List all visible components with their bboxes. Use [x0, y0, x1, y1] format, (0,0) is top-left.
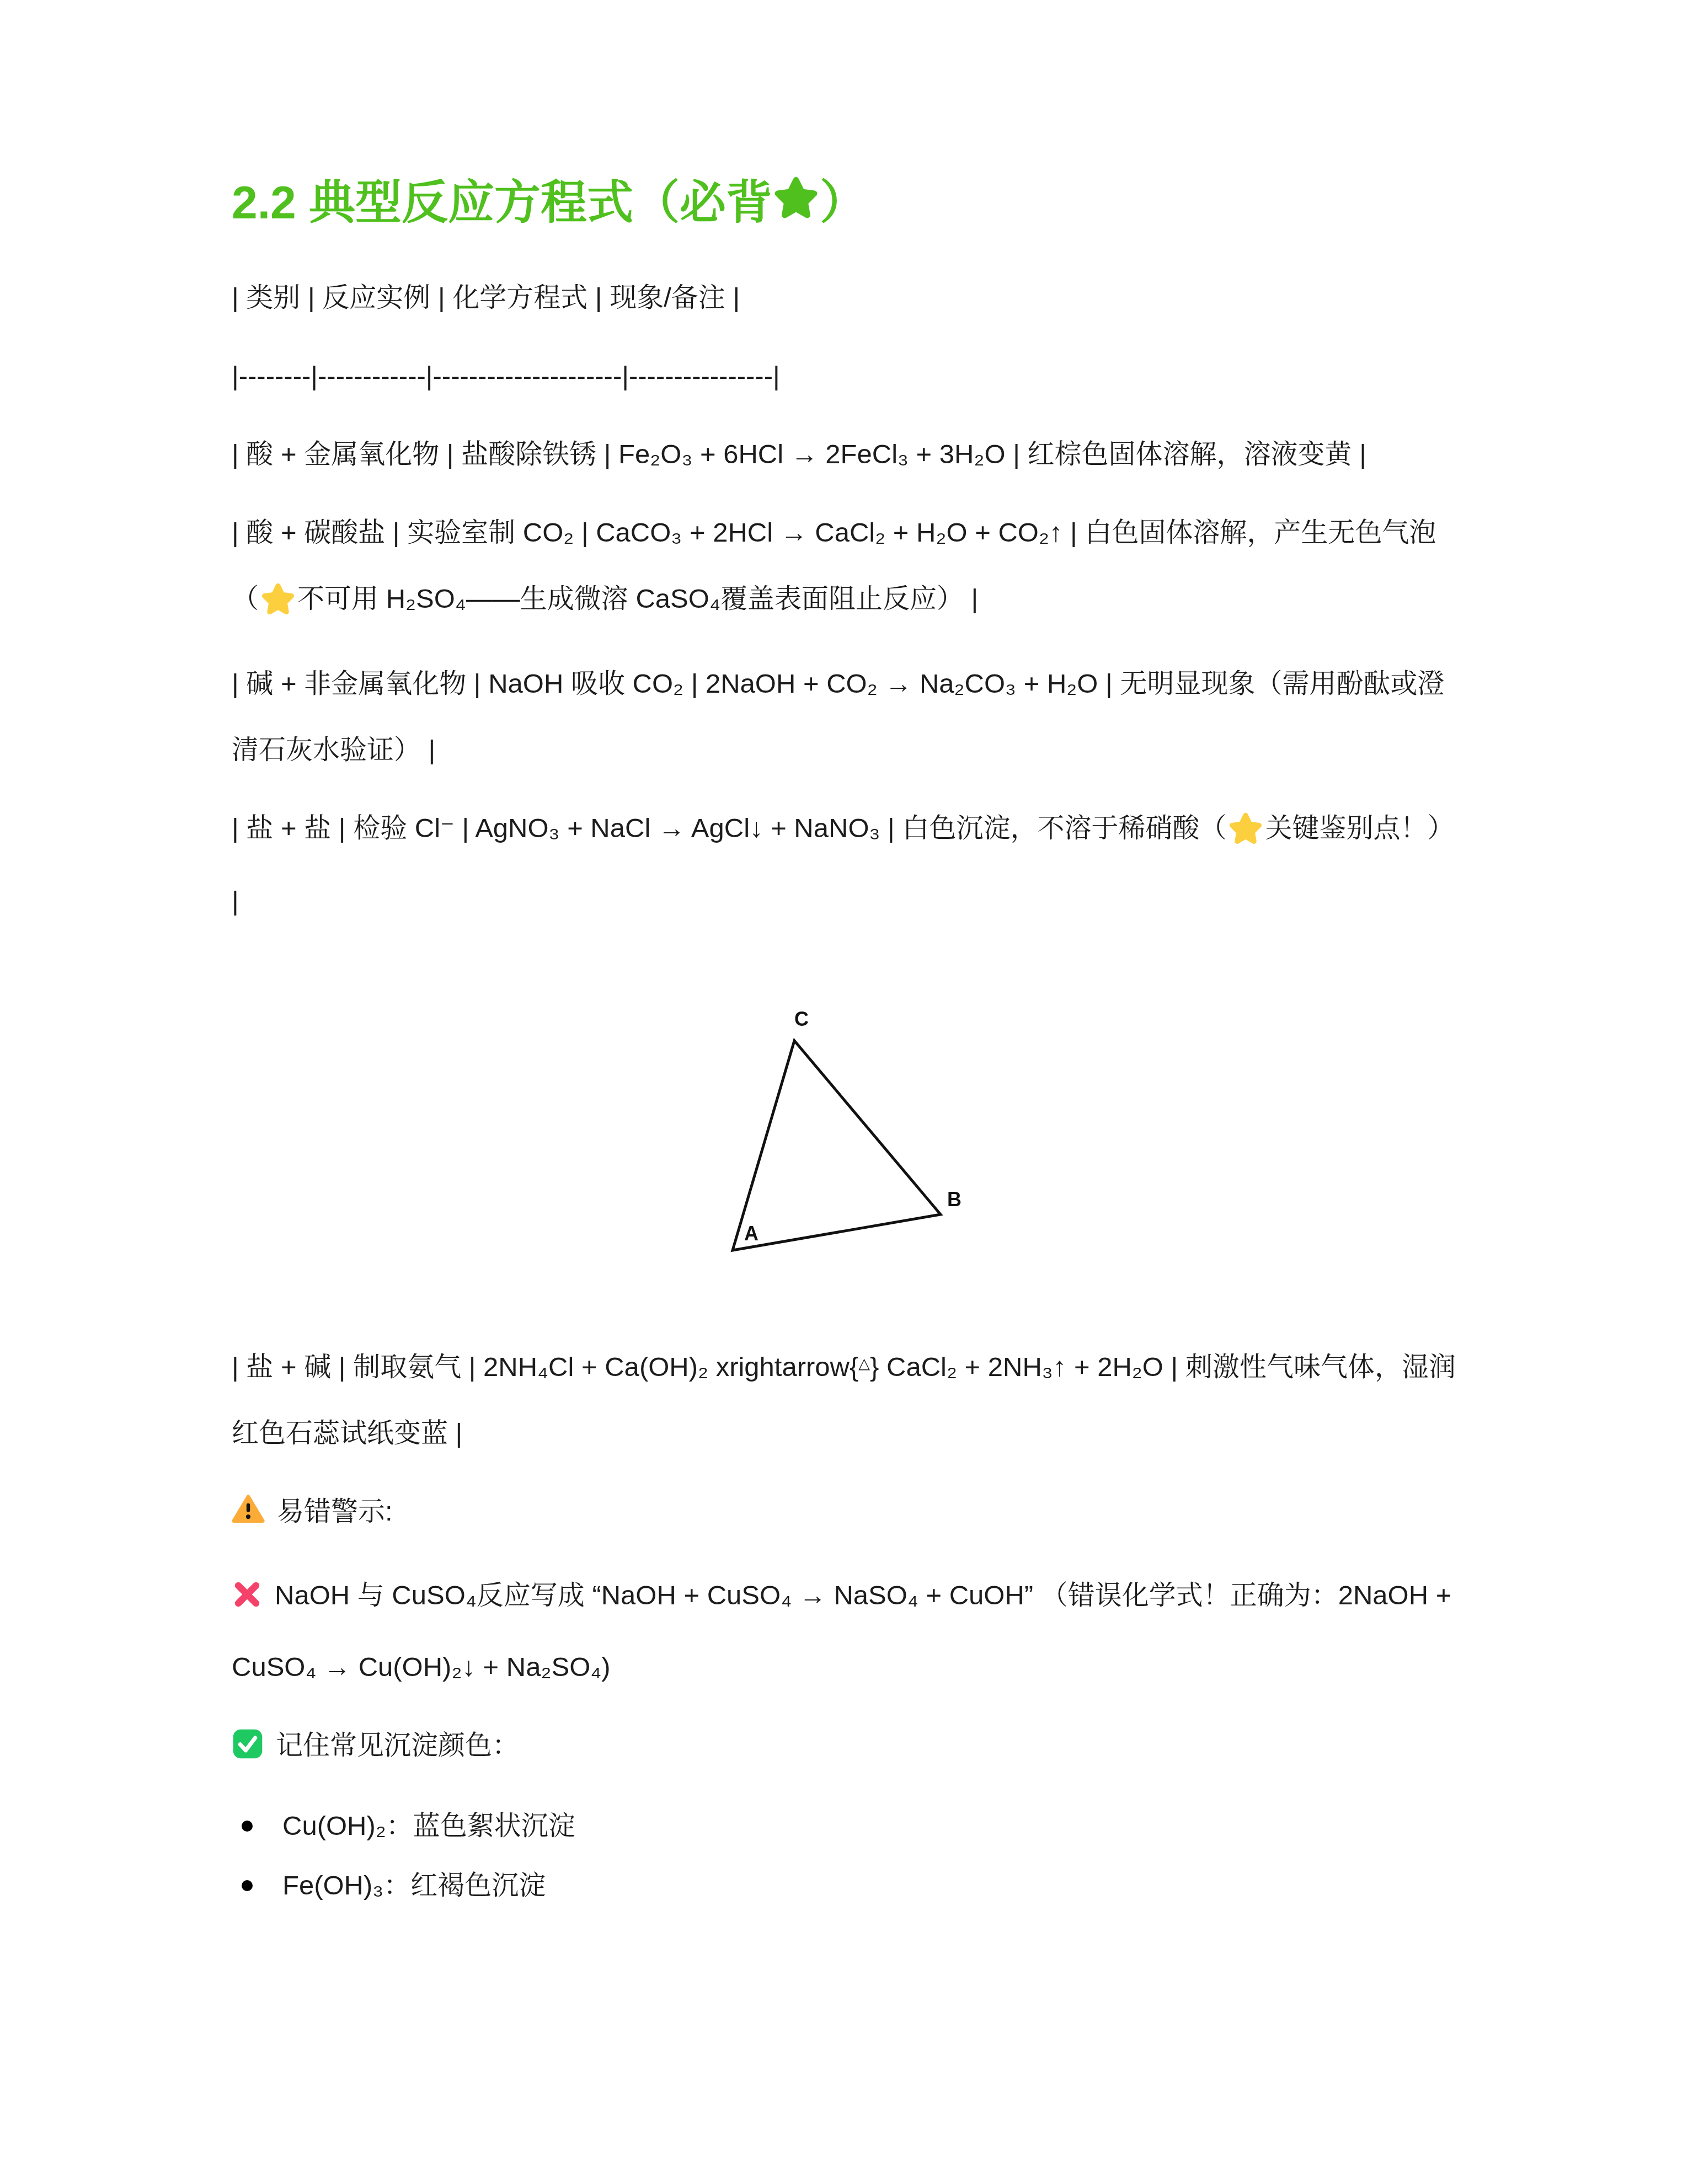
- list-item: Cu(OH)₂：蓝色絮状沉淀: [232, 1796, 1456, 1856]
- yellow-star-icon: [1230, 802, 1262, 868]
- warning-label: 易错警示:: [277, 1497, 393, 1527]
- tip-label: 记住常见沉淀颜色：: [276, 1731, 519, 1760]
- list-item: Fe(OH)₃：红褐色沉淀: [232, 1856, 1456, 1915]
- row-text: | 盐 + 碱 | 制取氨气 | 2NH₄Cl + Ca(OH)₂ xright…: [232, 1352, 858, 1382]
- yellow-star-icon: [262, 572, 294, 639]
- green-star-icon: [774, 175, 818, 229]
- warning-heading: 易错警示:: [232, 1479, 1456, 1550]
- page-title: 2.2 典型反应方程式（必背 ）: [232, 175, 1456, 229]
- table-row-salt-base: | 盐 + 碱 | 制取氨气 | 2NH₄Cl + Ca(OH)₂ xright…: [232, 1330, 1456, 1466]
- bullet-icon: [242, 1880, 253, 1891]
- table-divider-row: |--------|------------|-----------------…: [232, 343, 1456, 409]
- delta-triangle-symbol: △: [858, 1355, 870, 1372]
- page-title-suffix: ）: [820, 176, 866, 229]
- triangle-figure: C B A: [232, 999, 1456, 1264]
- bullet-icon: [242, 1821, 253, 1832]
- page-title-text: 2.2 典型反应方程式（必背: [232, 176, 772, 229]
- vertex-label-b: B: [947, 1188, 961, 1211]
- table-row-acid-carbonate: | 酸 + 碳酸盐 | 实验室制 CO₂ | CaCO₃ + 2HCl → Ca…: [232, 500, 1456, 639]
- table-row-acid-metal-oxide: | 酸 + 金属氧化物 | 盐酸除铁锈 | Fe₂O₃ + 6HCl → 2Fe…: [232, 421, 1456, 488]
- document-body: 2.2 典型反应方程式（必背 ） | 类别 | 反应实例 | 化学方程式 | 现…: [0, 0, 1688, 1915]
- error-example: NaOH 与 CuSO₄反应写成 “NaOH + CuSO₄ → NaSO₄ +…: [232, 1562, 1456, 1700]
- tip-heading: 记住常见沉淀颜色：: [232, 1712, 1456, 1784]
- list-item-text: Fe(OH)₃：红褐色沉淀: [282, 1871, 546, 1901]
- list-item-text: Cu(OH)₂：蓝色絮状沉淀: [282, 1811, 575, 1841]
- check-mark-icon: [232, 1718, 264, 1784]
- vertex-label-a: A: [744, 1222, 758, 1245]
- error-text: NaOH 与 CuSO₄反应写成 “NaOH + CuSO₄ → NaSO₄ +…: [232, 1581, 1451, 1682]
- table-header-row: | 类别 | 反应实例 | 化学方程式 | 现象/备注 |: [232, 265, 1456, 331]
- row-text: 不可用 H₂SO₄——生成微溶 CaSO₄覆盖表面阻止反应） |: [297, 584, 978, 614]
- precipitate-color-list: Cu(OH)₂：蓝色絮状沉淀 Fe(OH)₃：红褐色沉淀: [232, 1796, 1456, 1915]
- cross-mark-icon: [232, 1568, 263, 1634]
- warning-triangle-icon: [232, 1484, 265, 1550]
- table-row-base-nonmetal-oxide: | 碱 + 非金属氧化物 | NaOH 吸收 CO₂ | 2NaOH + CO₂…: [232, 651, 1456, 783]
- table-row-salt-salt: | 盐 + 盐 | 检验 Cl⁻ | AgNO₃ + NaCl → AgCl↓ …: [232, 795, 1456, 934]
- vertex-label-c: C: [794, 1008, 809, 1030]
- row-text: | 盐 + 盐 | 检验 Cl⁻ | AgNO₃ + NaCl → AgCl↓ …: [232, 813, 1226, 843]
